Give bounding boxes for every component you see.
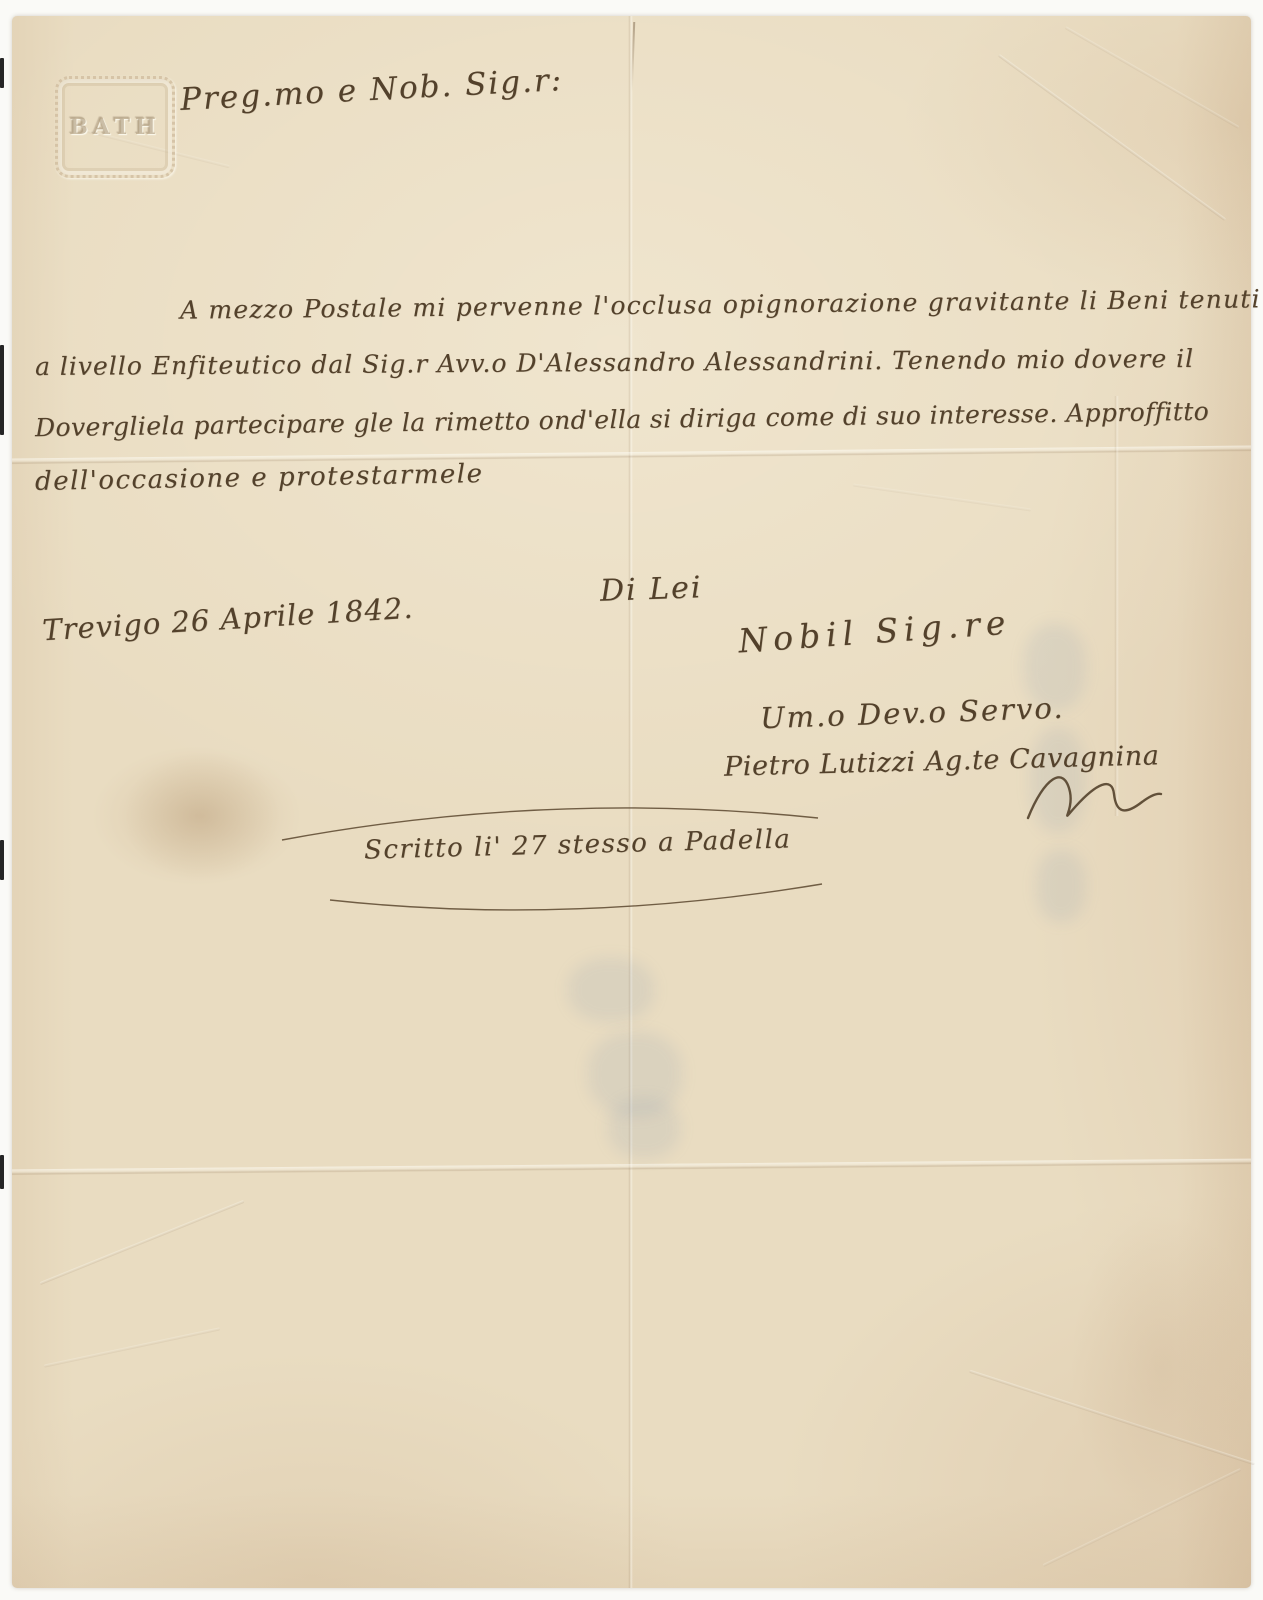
body-line-1: A mezzo Postale mi pervenne l'occlusa op…: [180, 284, 1261, 324]
signature-flourish-icon: [1024, 760, 1164, 840]
paper-stain: [122, 751, 282, 881]
wrinkle: [998, 54, 1226, 221]
scan-edge-mark: [0, 840, 4, 880]
ink-showthrough: [608, 1098, 680, 1158]
wrinkle: [853, 483, 1032, 511]
letter-paper: BATH Preg.mo e Nob. Sig.r: A mezzo Posta…: [12, 16, 1251, 1588]
ink-showthrough: [568, 958, 654, 1022]
embossed-stamp-text: BATH: [69, 114, 161, 140]
wrinkle: [39, 1200, 244, 1285]
wrinkle: [44, 1327, 221, 1367]
closing-di-lei: Di Lei: [599, 570, 703, 609]
body-line-4: dell'occasione e protestarmele: [35, 459, 484, 497]
embossed-stamp: BATH: [55, 76, 175, 178]
scan-edge-mark: [0, 58, 4, 88]
scan-edge-mark: [0, 1155, 4, 1189]
dateline: Trevigo 26 Aprile 1842.: [41, 591, 414, 648]
salutation-line: Preg.mo e Nob. Sig.r:: [179, 62, 564, 118]
paper-stain: [1072, 1216, 1252, 1516]
scan-edge-mark: [0, 345, 4, 435]
wrinkle: [1065, 26, 1240, 129]
body-line-2: a livello Enfiteutico dal Sig.r Avv.o D'…: [35, 344, 1194, 381]
ink-showthrough: [1036, 850, 1086, 922]
body-line-3: Dovergliela partecipare gle la rimetto o…: [35, 397, 1209, 442]
closing-nobil-signore: Nobil Sig.re: [737, 603, 1013, 661]
closing-servo: Um.o Dev.o Servo.: [759, 691, 1065, 736]
scanner-background: BATH Preg.mo e Nob. Sig.r: A mezzo Posta…: [0, 0, 1263, 1600]
